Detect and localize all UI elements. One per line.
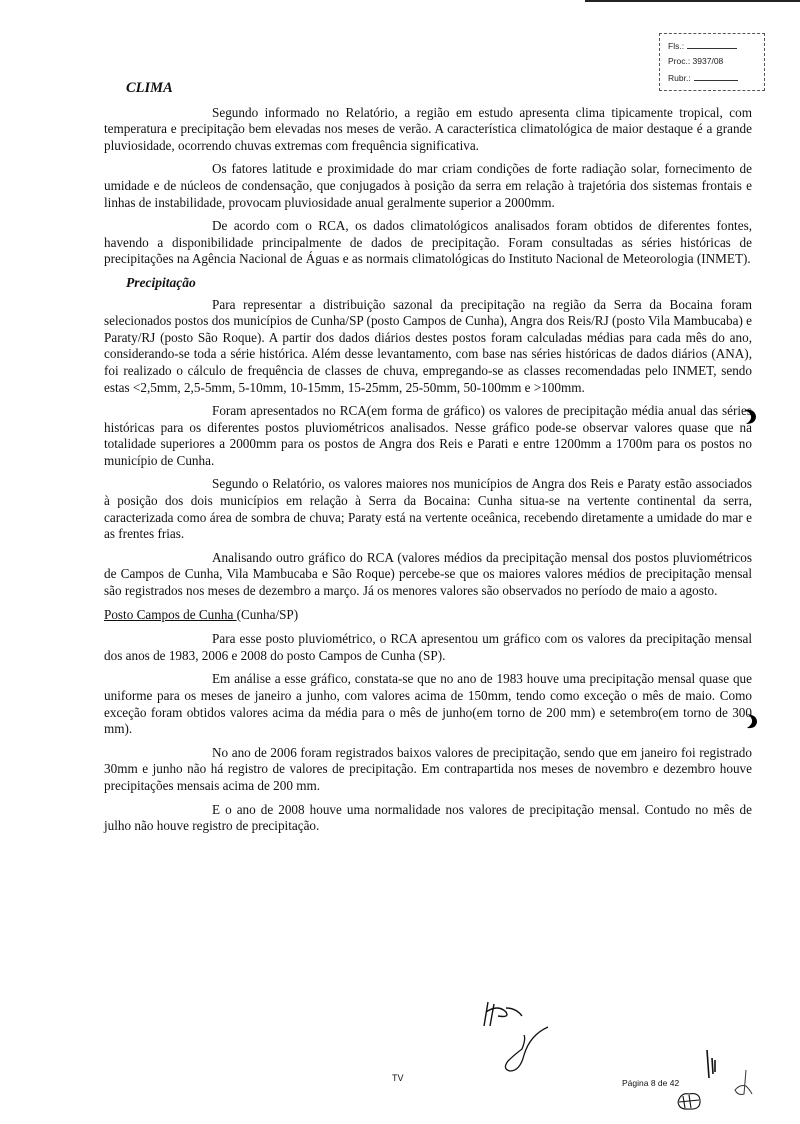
footer-initials: TV	[392, 1073, 404, 1083]
stamp-proc: Proc.: 3937/08	[668, 56, 723, 66]
paragraph-11: E o ano de 2008 houve uma normalidade no…	[104, 802, 752, 835]
paragraph-1: Segundo informado no Relatório, a região…	[104, 105, 752, 155]
paragraph-4: Para representar a distribuição sazonal …	[104, 297, 752, 397]
top-border-line	[585, 0, 800, 2]
handwritten-scribble-icon	[675, 1090, 703, 1112]
punch-hole-mark-icon	[742, 711, 762, 731]
handwritten-mark-icon	[704, 1048, 718, 1080]
paragraph-10: No ano de 2006 foram registrados baixos …	[104, 745, 752, 795]
paragraph-2: Os fatores latitude e proximidade do mar…	[104, 161, 752, 211]
page-number: Página 8 de 42	[622, 1078, 679, 1088]
section-title: CLIMA	[126, 80, 752, 97]
paragraph-6: Segundo o Relatório, os valores maiores …	[104, 476, 752, 542]
stamp-fls: Fls.:	[668, 40, 737, 51]
subsection-title: Precipitação	[126, 275, 752, 292]
paragraph-8: Para esse posto pluviométrico, o RCA apr…	[104, 631, 752, 664]
punch-hole-mark-icon	[740, 406, 760, 426]
posto-heading: Posto Campos de Cunha (Cunha/SP)	[104, 607, 752, 624]
paragraph-5: Foram apresentados no RCA(em forma de gr…	[104, 403, 752, 469]
paragraph-7: Analisando outro gráfico do RCA (valores…	[104, 550, 752, 600]
handwritten-signature-icon	[500, 1025, 550, 1075]
handwritten-initial-icon	[732, 1068, 754, 1098]
paragraph-3: De acordo com o RCA, os dados climatológ…	[104, 218, 752, 268]
document-body: CLIMA Segundo informado no Relatório, a …	[104, 80, 752, 842]
paragraph-9: Em análise a esse gráfico, constata-se q…	[104, 671, 752, 737]
